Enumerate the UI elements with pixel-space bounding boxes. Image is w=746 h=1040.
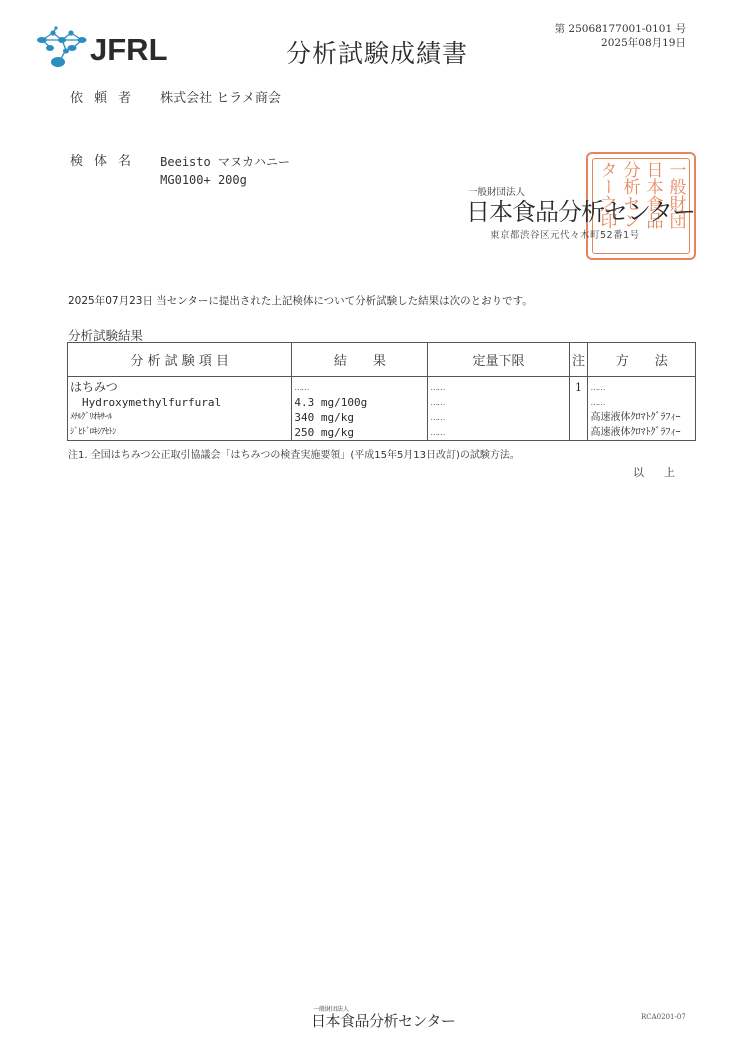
table-row: ｼﾞﾋﾄﾞﾛｷｼｱｾﾄﾝ 250 mg/kg …… 高速液体ｸﾛﾏﾄｸﾞﾗﾌｨｰ (68, 425, 696, 441)
specimen-value: Beeisto マヌカハニー MG0100+ 200g (160, 153, 290, 189)
footer-organization: 一般財団法人 日本食品分析センター (311, 1004, 455, 1030)
cell-limit: …… (428, 425, 569, 441)
report-number: 第 25068177001-0101 号 (555, 22, 686, 36)
cell-note (569, 395, 588, 410)
cell-note (569, 425, 588, 441)
org-address: 東京都渋谷区元代々木町52番1号 (490, 227, 695, 241)
table-row: はちみつ …… …… 1 …… (68, 377, 696, 396)
client-row: 依頼者 株式会社 ヒラメ商会 (70, 87, 281, 106)
cell-note (569, 410, 588, 425)
report-date: 2025年08月19日 (555, 36, 686, 50)
cell-result: 4.3 mg/100g (292, 395, 428, 410)
cell-limit: …… (428, 395, 569, 410)
cell-result: …… (292, 377, 428, 396)
cell-method: 高速液体ｸﾛﾏﾄｸﾞﾗﾌｨｰ (588, 410, 696, 425)
document-title: 分析試験成績書 (286, 34, 468, 70)
header-note: 注 (569, 343, 588, 377)
cell-result: 250 mg/kg (292, 425, 428, 441)
cell-result: 340 mg/kg (292, 410, 428, 425)
client-value: 株式会社 ヒラメ商会 (160, 91, 281, 106)
header-result: 結 果 (292, 343, 428, 377)
specimen-row: 検体名 Beeisto マヌカハニー MG0100+ 200g (70, 153, 290, 189)
cell-limit: …… (428, 377, 569, 396)
cell-limit: …… (428, 410, 569, 425)
header-limit: 定量下限 (428, 343, 569, 377)
end-mark: 以上 (633, 464, 695, 480)
intro-text: 2025年07月23日 当センターに提出された上記検体について分析試験した結果は… (68, 293, 533, 308)
specimen-line2: MG0100+ 200g (160, 173, 247, 187)
cell-method: 高速液体ｸﾛﾏﾄｸﾞﾗﾌｨｰ (588, 425, 696, 441)
jfrl-logo: JFRL (36, 26, 176, 70)
header-method: 方 法 (588, 343, 696, 377)
cell-method: …… (588, 377, 696, 396)
cell-note: 1 (569, 377, 588, 396)
specimen-line1: Beeisto マヌカハニー (160, 155, 290, 169)
header-item: 分 析 試 験 項 目 (68, 343, 292, 377)
specimen-label: 検体名 (70, 153, 156, 171)
cell-item: Hydroxymethylfurfural (68, 395, 292, 410)
table-row: Hydroxymethylfurfural 4.3 mg/100g …… …… (68, 395, 696, 410)
org-name: 日本食品分析センター (466, 198, 695, 226)
form-code: RCA0201-07 (641, 1013, 686, 1021)
client-label: 依頼者 (70, 87, 156, 106)
logo-text: JFRL (90, 32, 168, 68)
cell-item: はちみつ (68, 377, 292, 396)
molecule-icon (36, 26, 90, 70)
cell-item: ﾒﾁﾙｸﾞﾘｵｷｻｰﾙ (68, 410, 292, 425)
cell-item: ｼﾞﾋﾄﾞﾛｷｼｱｾﾄﾝ (68, 425, 292, 441)
table-row: ﾒﾁﾙｸﾞﾘｵｷｻｰﾙ 340 mg/kg …… 高速液体ｸﾛﾏﾄｸﾞﾗﾌｨｰ (68, 410, 696, 425)
footer-org-name: 日本食品分析センター (311, 1013, 455, 1030)
results-table: 分 析 試 験 項 目 結 果 定量下限 注 方 法 はちみつ …… …… 1 … (67, 342, 696, 441)
footnote: 注1. 全国はちみつ公正取引協議会「はちみつの検査実施要領」(平成15年5月13… (68, 446, 520, 461)
report-info: 第 25068177001-0101 号 2025年08月19日 (555, 22, 686, 50)
organization-block: 一般財団法人 日本食品分析センター 東京都渋谷区元代々木町52番1号 (466, 184, 695, 241)
org-type: 一般財団法人 (468, 184, 695, 198)
cell-method: …… (588, 395, 696, 410)
table-header-row: 分 析 試 験 項 目 結 果 定量下限 注 方 法 (68, 343, 696, 377)
